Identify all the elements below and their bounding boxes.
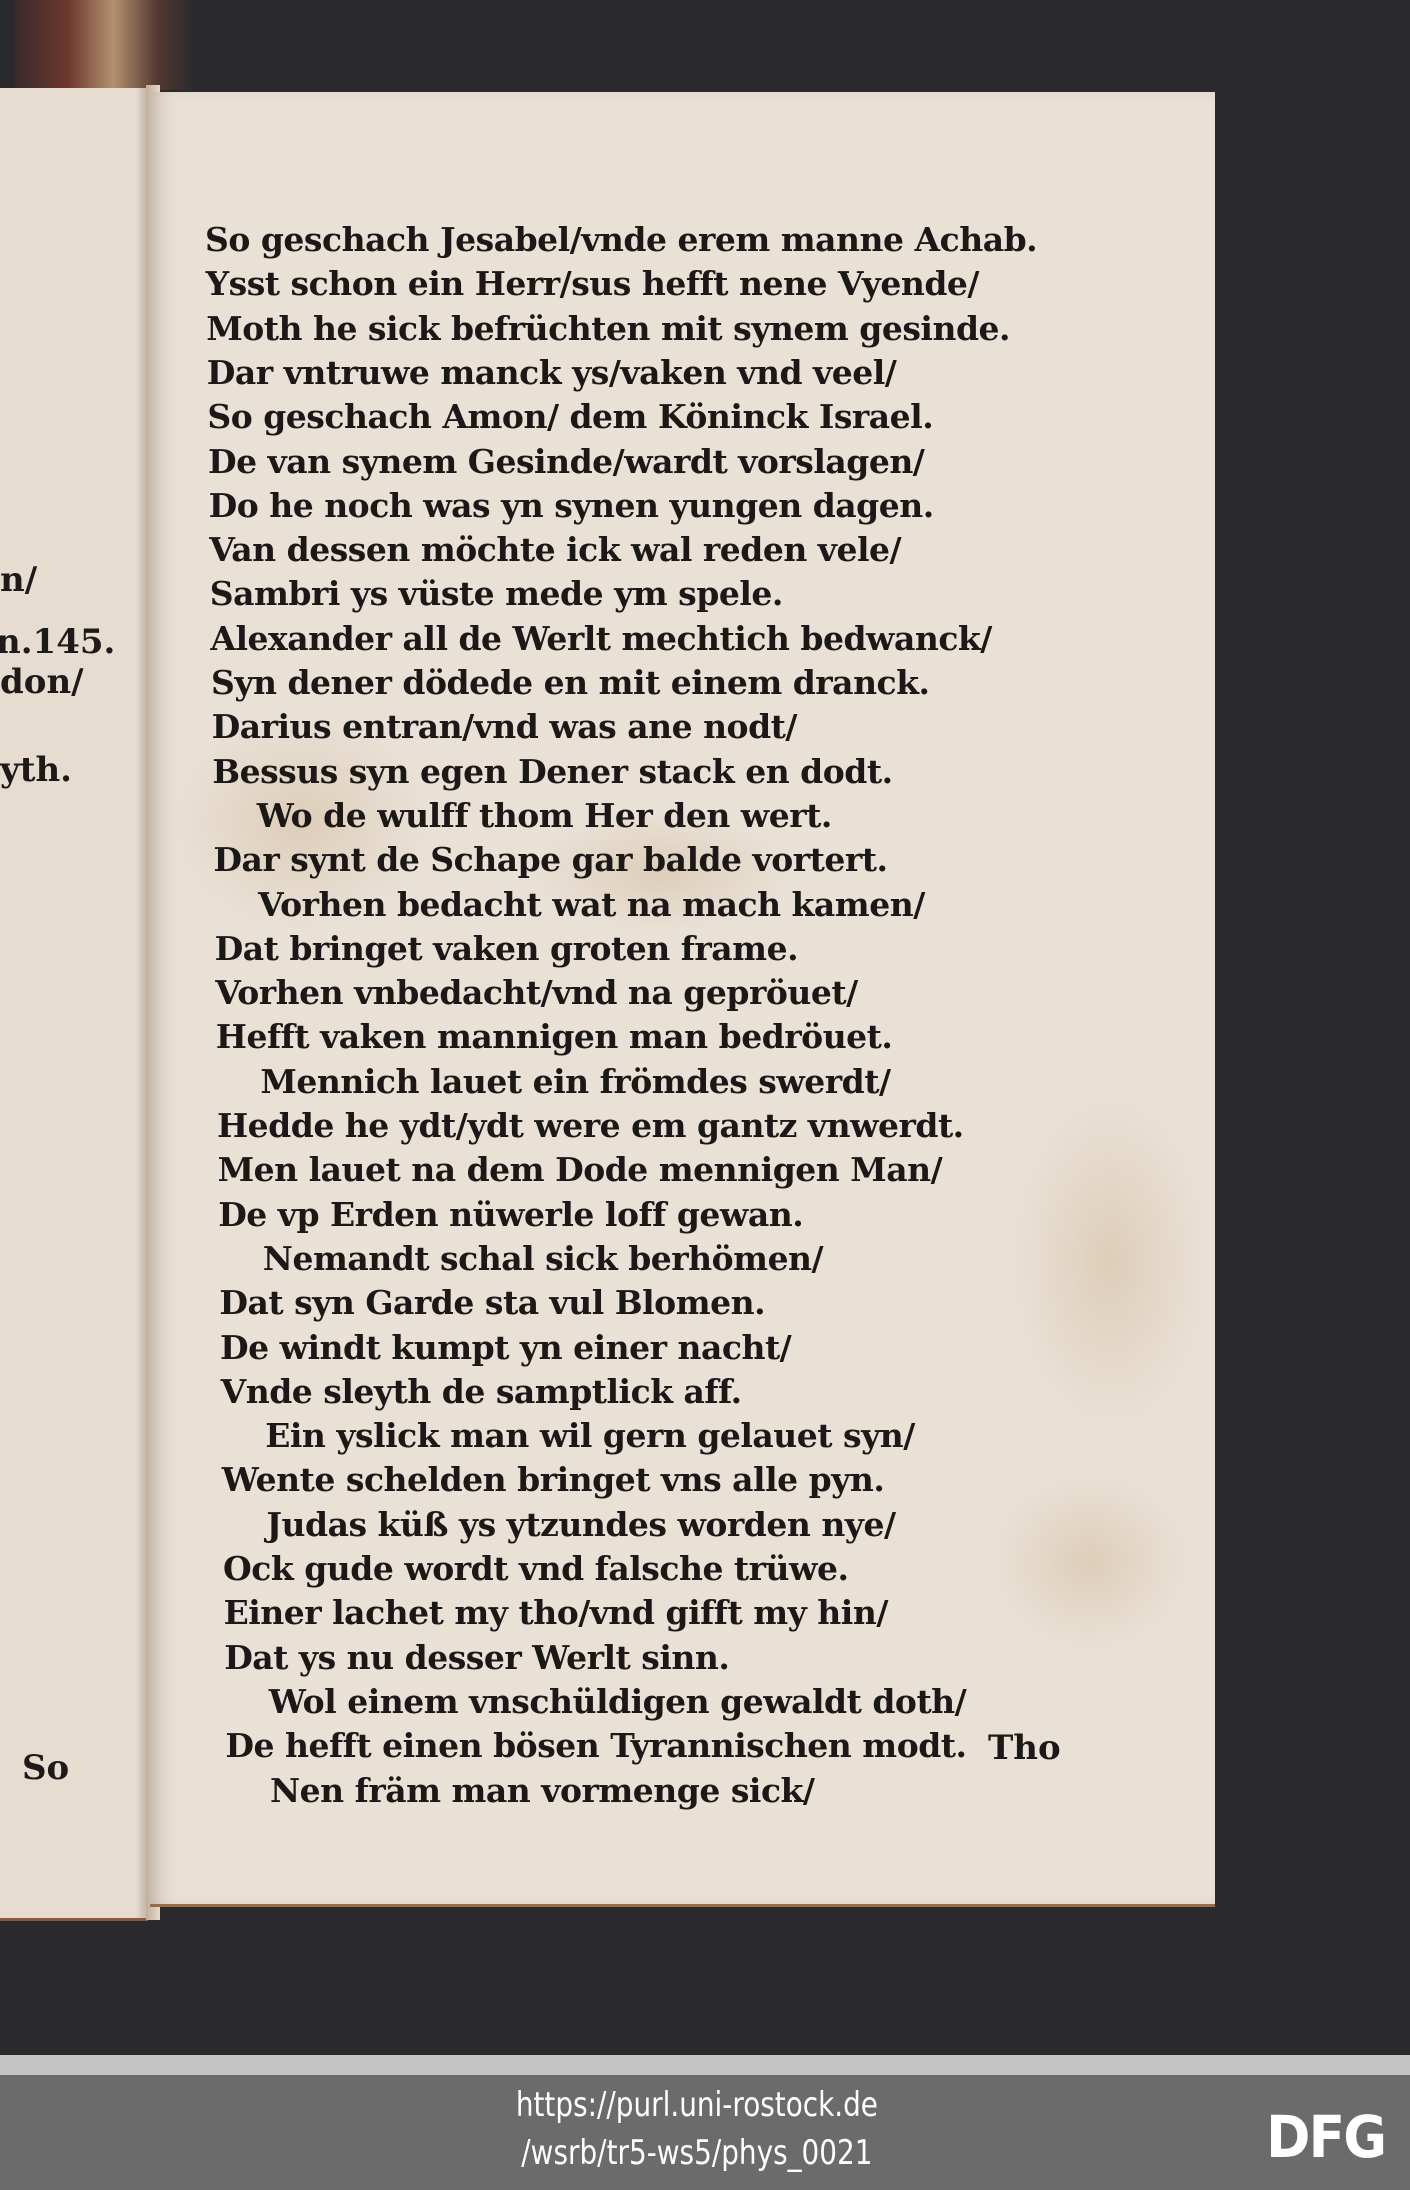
poem-line: Hefft vaken mannigen man bedröuet. [216, 1015, 893, 1059]
footer-bar: https://purl.uni-rostock.de /wsrb/tr5-ws… [0, 2075, 1410, 2190]
poem-line: Dat ys nu desser Werlt sinn. [224, 1636, 729, 1680]
poem-line: So geschach Amon/ dem Köninck Israel. [207, 395, 933, 439]
left-page-text-fragment: don/ [0, 662, 84, 702]
persistent-url-line-2: /wsrb/tr5-ws5/phys_0021 [119, 2129, 1275, 2177]
left-page-text-fragment: n.145. [0, 622, 115, 662]
left-page-text-fragment: So [22, 1748, 69, 1788]
scan-image: n/n.145.don/yth.So So geschach Jesabel/v… [0, 0, 1410, 2055]
poem-line: De van synem Gesinde/wardt vorslagen/ [208, 440, 924, 484]
poem-line: Alexander all de Werlt mechtich bedwanck… [210, 617, 991, 661]
poem-line: Wente schelden bringet vns alle pyn. [222, 1458, 885, 1502]
poem-line: Vorhen vnbedacht/vnd na gepröuet/ [215, 971, 857, 1015]
poem-line: Ysst schon ein Herr/sus hefft nene Vyend… [206, 262, 979, 306]
poem-line: Vnde sleyth de samptlick aff. [221, 1370, 742, 1414]
poem-line: Wol einem vnschüldigen gewaldt doth/ [269, 1680, 966, 1724]
catchword: Tho [988, 1728, 1061, 1768]
poem-line: Dat bringet vaken groten frame. [215, 927, 798, 971]
book-spine-edge [14, 0, 194, 90]
poem-line: Einer lachet my tho/vnd gifft my hin/ [224, 1591, 888, 1635]
poem-line: De vp Erden nüwerle loff gewan. [218, 1193, 803, 1237]
poem-line: Van dessen möchte ick wal reden vele/ [209, 528, 901, 572]
poem-line: Dar synt de Schape gar balde vortert. [213, 838, 887, 882]
poem-line: Ock gude wordt vnd falsche trüwe. [223, 1547, 848, 1591]
dfg-logo: DFG [1266, 2103, 1385, 2171]
poem-line: De hefft einen bösen Tyrannischen modt. [225, 1724, 966, 1768]
poem-line: Men lauet na dem Dode mennigen Man/ [218, 1148, 943, 1192]
poem-line: De windt kumpt yn einer nacht/ [220, 1326, 791, 1370]
left-page-text-fragment: yth. [0, 750, 72, 790]
poem-line: Darius entran/vnd was ane nodt/ [212, 705, 797, 749]
poem-line: Wo de wulff thom Her den wert. [257, 794, 832, 838]
poem-line: Syn dener dödede en mit einem dranck. [211, 661, 930, 705]
poem-line: Mennich lauet ein frömdes swerdt/ [260, 1060, 890, 1104]
footer-divider-strip [0, 2055, 1410, 2075]
paper-stain [1010, 1092, 1210, 1432]
poem-line: Nen främ man vormenge sick/ [270, 1769, 814, 1813]
poem-line: Ein yslick man wil gern gelauet syn/ [265, 1414, 915, 1458]
left-page-text-fragment: n/ [0, 560, 37, 600]
poem-line: Nemandt schal sick berhömen/ [263, 1237, 823, 1281]
poem-line: Judas küß ys ytzundes worden nye/ [266, 1503, 895, 1547]
paper-stain [990, 1472, 1190, 1652]
poem-line: Moth he sick befrüchten mit synem gesind… [206, 307, 1010, 351]
poem-line: Bessus syn egen Dener stack en dodt. [212, 750, 892, 794]
poem-line: Do he noch was yn synen yungen dagen. [209, 484, 934, 528]
poem-line: So geschach Jesabel/vnde erem manne Acha… [205, 218, 1037, 262]
persistent-url-line-1: https://purl.uni-rostock.de [119, 2081, 1275, 2129]
poem-line: Dar vntruwe manck ys/vaken vnd veel/ [207, 351, 897, 395]
persistent-url[interactable]: https://purl.uni-rostock.de /wsrb/tr5-ws… [119, 2081, 1275, 2177]
poem-line: Hedde he ydt/ydt were em gantz vnwerdt. [217, 1104, 964, 1148]
poem-line: Dat syn Garde sta vul Blomen. [219, 1281, 765, 1325]
left-page: n/n.145.don/yth.So [0, 88, 148, 1921]
poem-line: Sambri ys vüste mede ym spele. [210, 572, 783, 616]
poem-line: Vorhen bedacht wat na mach kamen/ [258, 883, 925, 927]
